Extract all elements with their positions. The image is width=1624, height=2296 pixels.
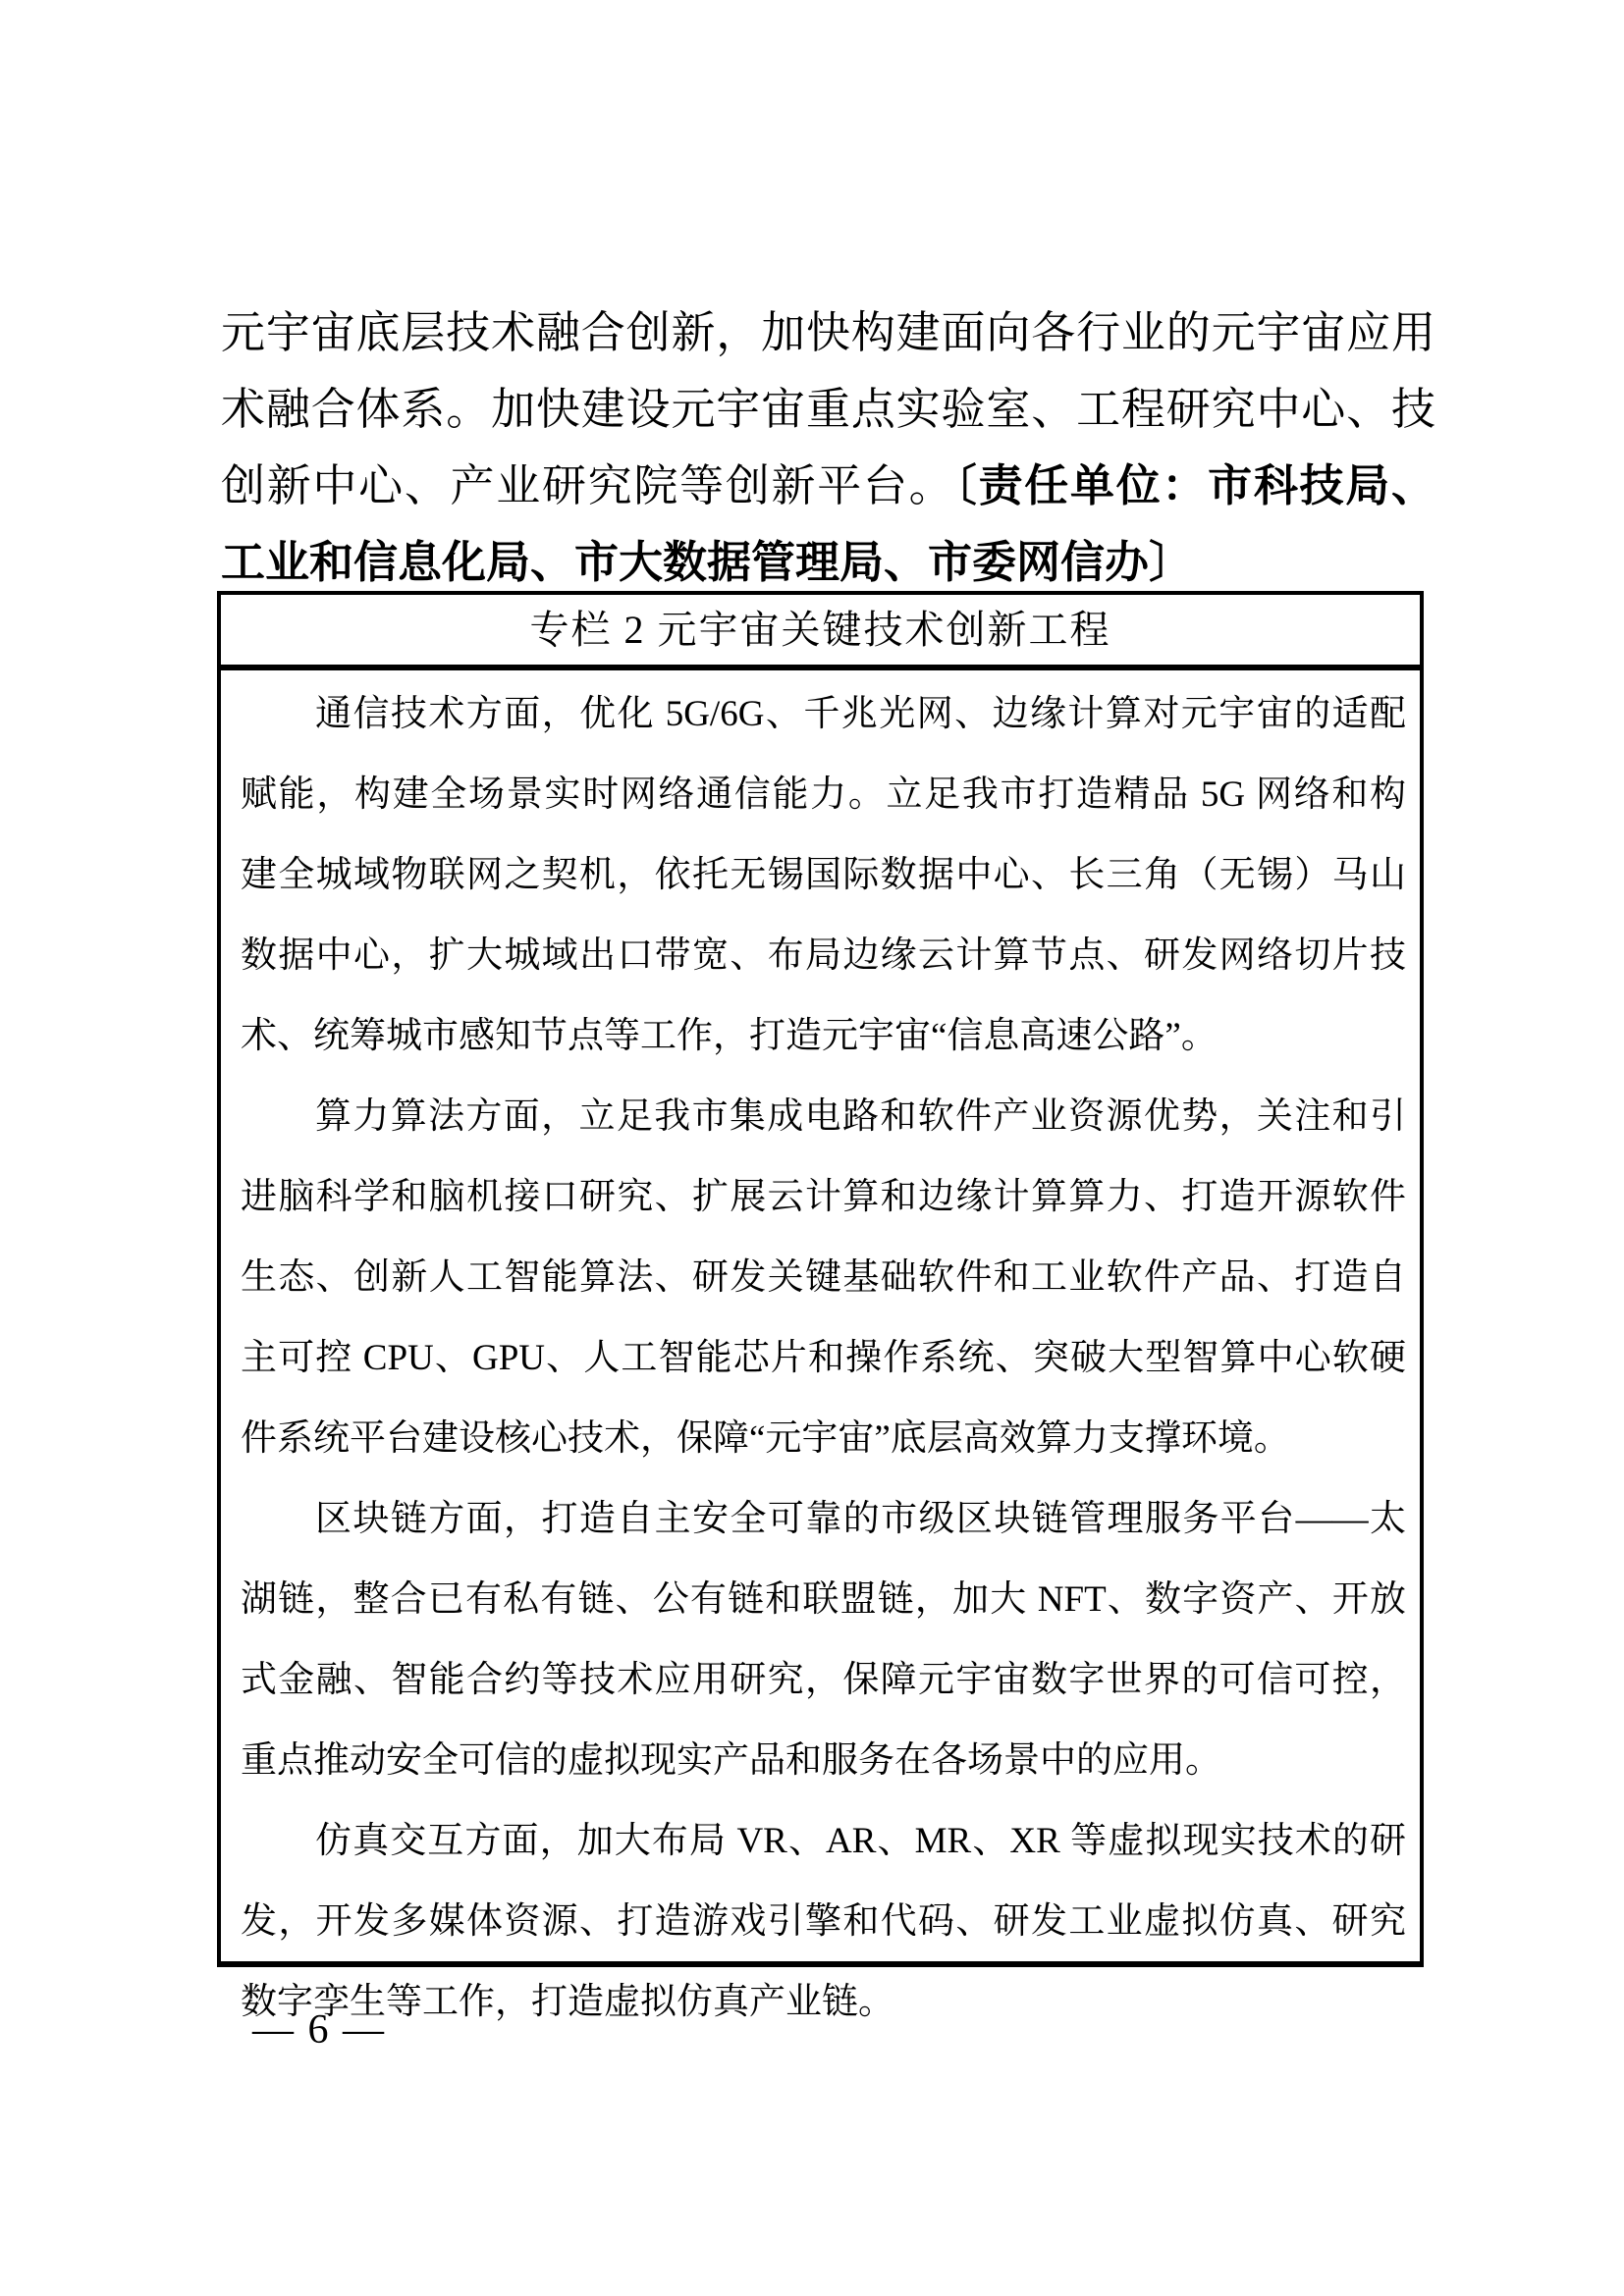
text-line: 创新中心、产业研究院等创新平台。〔责任单位：市科技局、市 [221, 448, 1435, 524]
text-line: 术融合体系。加快建设元宇宙重点实验室、工程研究中心、技术 [221, 371, 1435, 448]
text-line: 数字孪生等工作，打造虚拟仿真产业链。 [241, 1962, 1406, 2043]
panel-box: 专栏 2 元宇宙关键技术创新工程 通信技术方面，优化 5G/6G、千兆光网、边缘… [217, 591, 1424, 1967]
text-line: 生态、创新人工智能算法、研发关键基础软件和工业软件产品、打造自 [241, 1238, 1406, 1318]
panel-body: 通信技术方面，优化 5G/6G、千兆光网、边缘计算对元宇宙的适配赋能，构建全场景… [221, 670, 1420, 2043]
text-line: 术、统筹城市感知节点等工作，打造元宇宙“信息高速公路”。 [241, 996, 1406, 1077]
text-line: 发，开发多媒体资源、打造游戏引擎和代码、研发工业虚拟仿真、研究 [241, 1882, 1406, 1962]
panel-title: 专栏 2 元宇宙关键技术创新工程 [530, 608, 1111, 652]
panel-title-row: 专栏 2 元宇宙关键技术创新工程 [221, 595, 1420, 670]
panel-paragraph: 通信技术方面，优化 5G/6G、千兆光网、边缘计算对元宇宙的适配赋能，构建全场景… [241, 674, 1406, 1077]
text-line: 建全城域物联网之契机，依托无锡国际数据中心、长三角（无锡）马山 [241, 835, 1406, 916]
text-line: 件系统平台建设核心技术，保障“元宇宙”底层高效算力支撑环境。 [241, 1399, 1406, 1479]
document-page: 元宇宙底层技术融合创新，加快构建面向各行业的元宇宙应用技术融合体系。加快建设元宇… [0, 0, 1624, 2296]
text-segment: 术融合体系。加快建设元宇宙重点实验室、工程研究中心、技术 [221, 385, 1435, 448]
text-line: 通信技术方面，优化 5G/6G、千兆光网、边缘计算对元宇宙的适配 [241, 674, 1406, 755]
panel-paragraph: 区块链方面，打造自主安全可靠的市级区块链管理服务平台——太湖链，整合已有私有链、… [241, 1479, 1406, 1801]
text-line: 仿真交互方面，加大布局 VR、AR、MR、XR 等虚拟现实技术的研 [241, 1801, 1406, 1882]
intro-paragraph: 元宇宙底层技术融合创新，加快构建面向各行业的元宇宙应用技术融合体系。加快建设元宇… [221, 294, 1435, 601]
text-line: 元宇宙底层技术融合创新，加快构建面向各行业的元宇宙应用技 [221, 294, 1435, 371]
text-line: 湖链，整合已有私有链、公有链和联盟链，加大 NFT、数字资产、开放 [241, 1560, 1406, 1640]
text-line: 主可控 CPU、GPU、人工智能芯片和操作系统、突破大型智算中心软硬 [241, 1318, 1406, 1399]
text-line: 重点推动安全可信的虚拟现实产品和服务在各场景中的应用。 [241, 1721, 1406, 1801]
text-line: 式金融、智能合约等技术应用研究，保障元宇宙数字世界的可信可控， [241, 1640, 1406, 1721]
text-line: 进脑科学和脑机接口研究、扩展云计算和边缘计算算力、打造开源软件 [241, 1157, 1406, 1238]
panel-paragraph: 算力算法方面，立足我市集成电路和软件产业资源优势，关注和引进脑科学和脑机接口研究… [241, 1077, 1406, 1479]
responsibility-clause: 工业和信息化局、市大数据管理局、市委网信办〕 [221, 538, 1193, 587]
text-segment: 创新中心、产业研究院等创新平台。 [221, 461, 954, 510]
text-line: 数据中心，扩大城域出口带宽、布局边缘云计算节点、研发网络切片技 [241, 916, 1406, 996]
text-line: 区块链方面，打造自主安全可靠的市级区块链管理服务平台——太 [241, 1479, 1406, 1560]
panel-paragraph: 仿真交互方面，加大布局 VR、AR、MR、XR 等虚拟现实技术的研发，开发多媒体… [241, 1801, 1406, 2043]
text-segment: 元宇宙底层技术融合创新，加快构建面向各行业的元宇宙应用技 [221, 308, 1435, 371]
text-line: 算力算法方面，立足我市集成电路和软件产业资源优势，关注和引 [241, 1077, 1406, 1157]
text-line: 赋能，构建全场景实时网络通信能力。立足我市打造精品 5G 网络和构 [241, 755, 1406, 835]
page-number: — 6 — [252, 2004, 386, 2056]
text-line: 工业和信息化局、市大数据管理局、市委网信办〕 [221, 524, 1435, 601]
